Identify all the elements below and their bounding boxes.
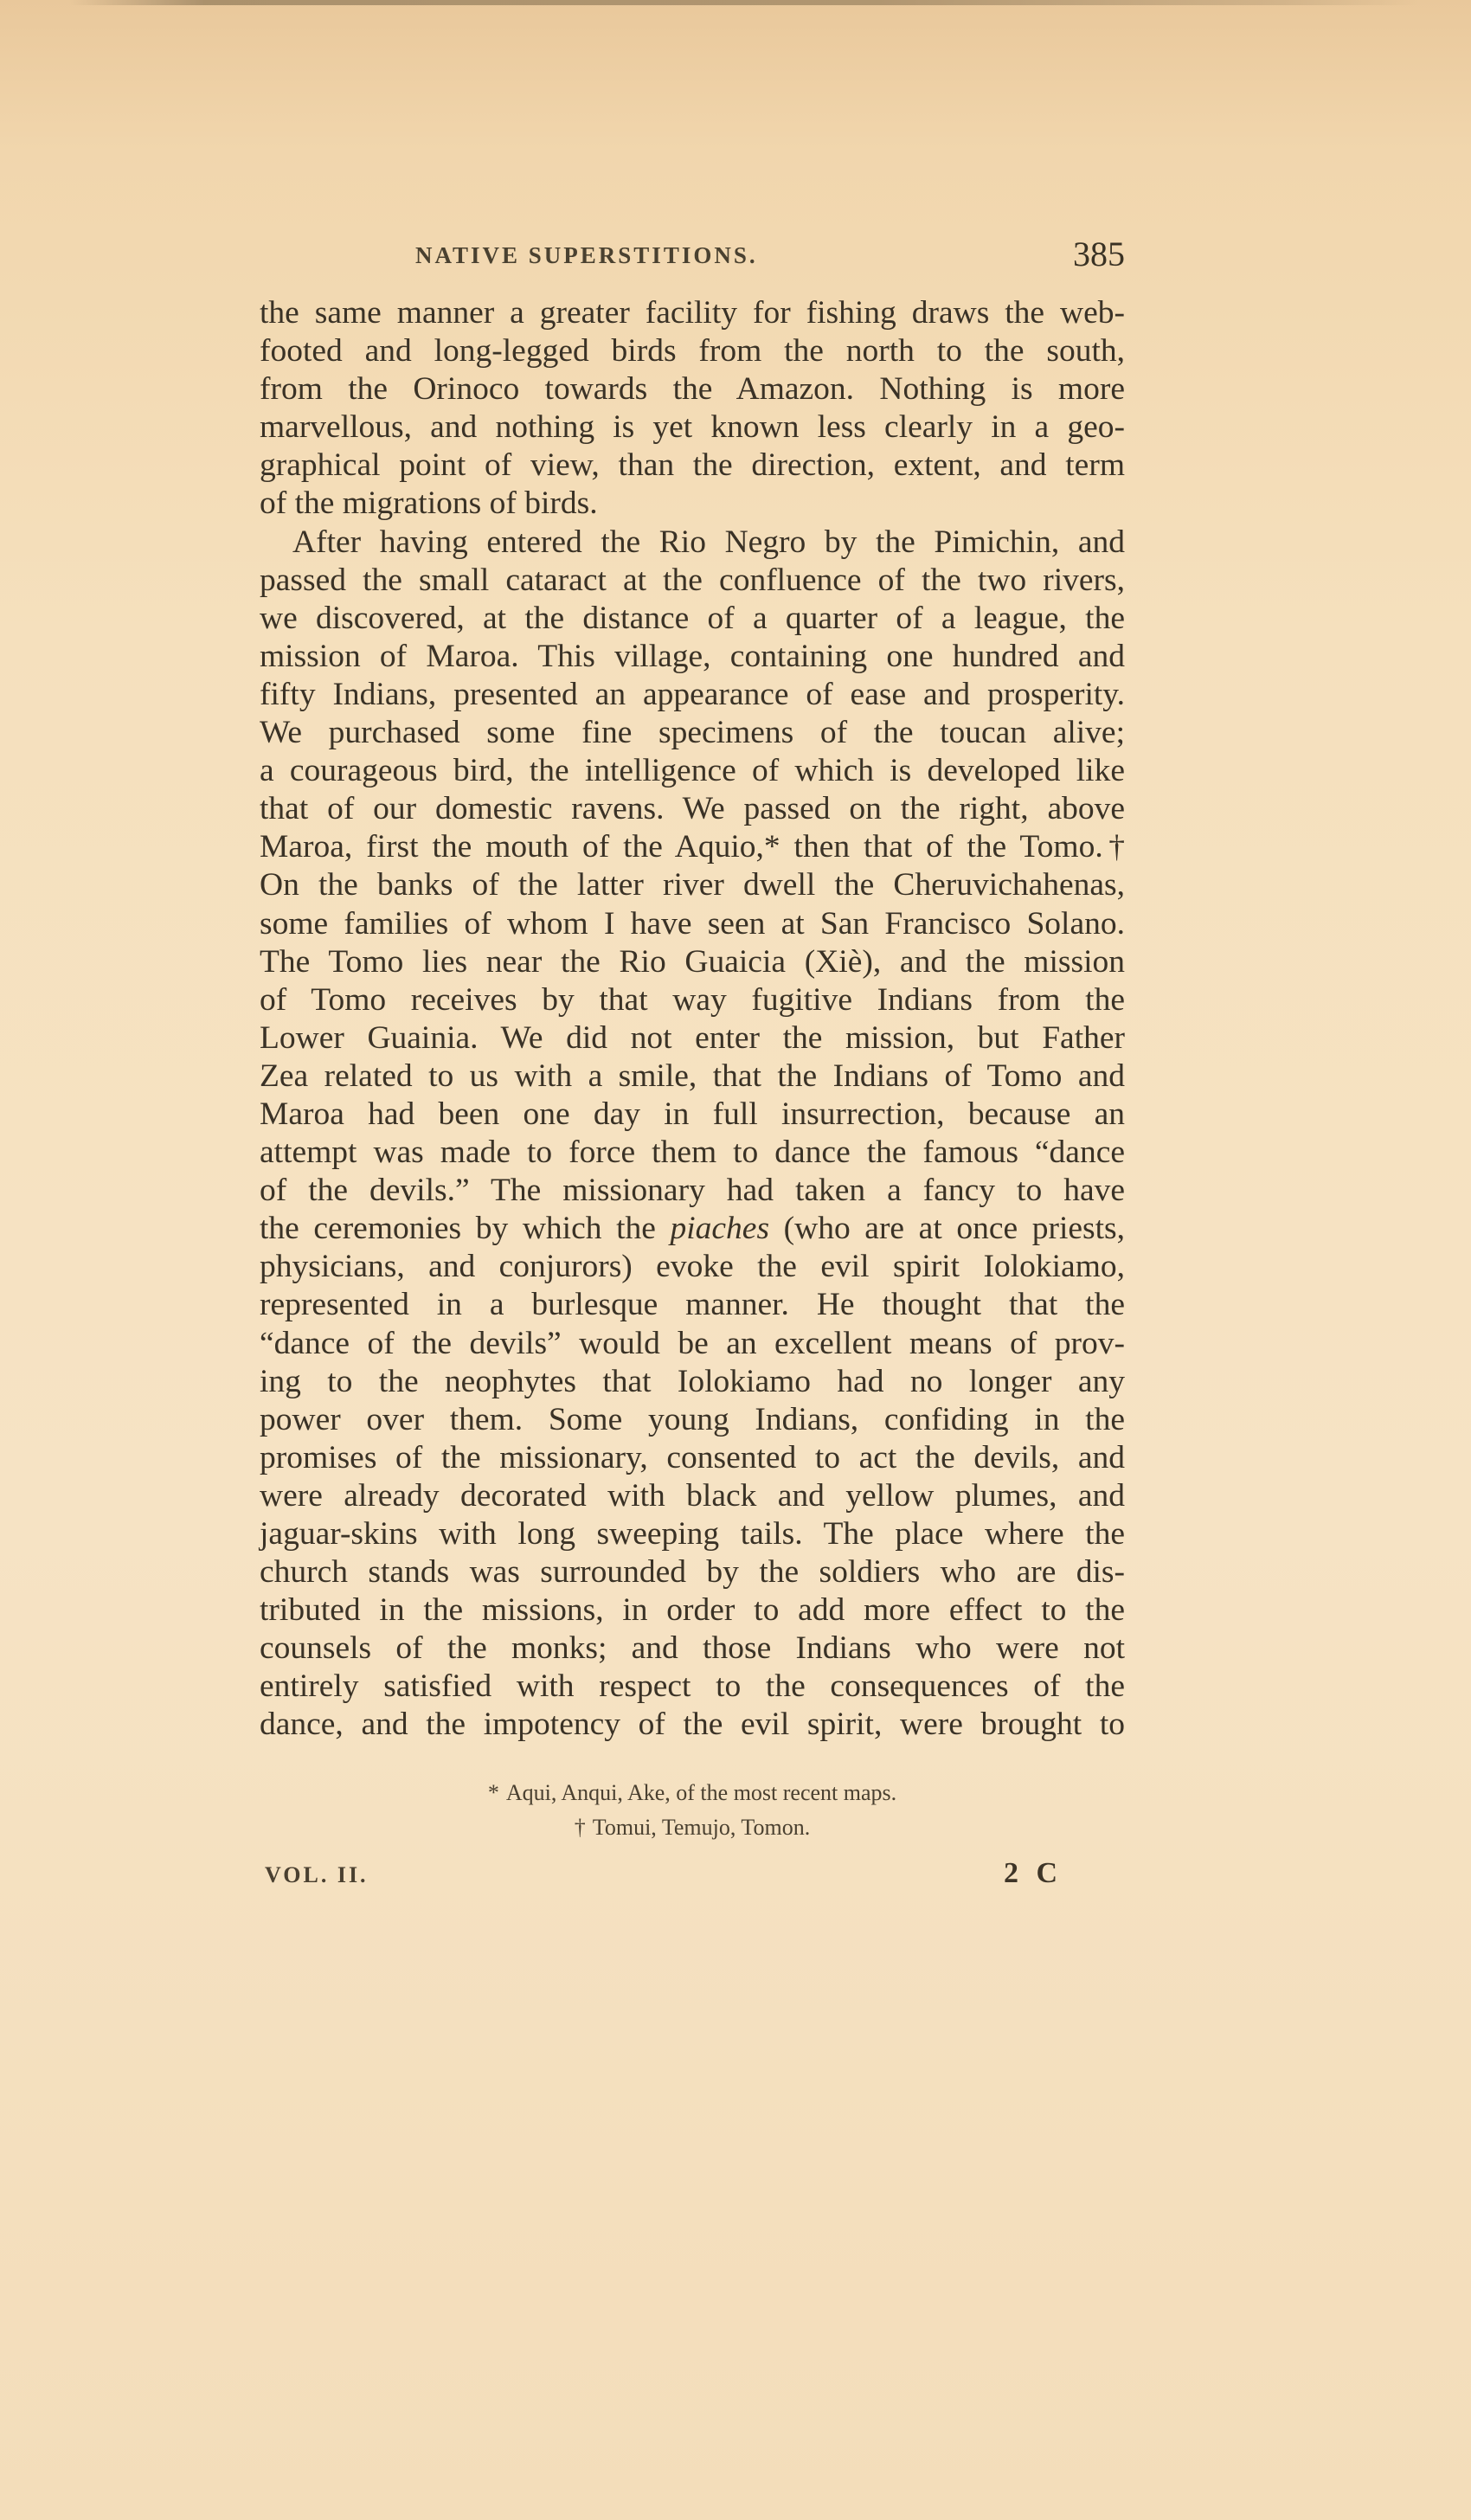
text-line: attempt was made to force them to dance … [260, 1134, 1125, 1172]
footnote-text: Aqui, Anqui, Ake, of the most recent map… [506, 1780, 896, 1805]
footnote-mark: * [488, 1780, 499, 1805]
text-line: tributed in the missions, in order to ad… [260, 1591, 1125, 1630]
text-line: jaguar-skins with long sweeping tails. T… [260, 1515, 1125, 1553]
footnote-text: Tomui, Temujo, Tomon. [593, 1815, 810, 1840]
text-line: Zea related to us with a smile, that the… [260, 1057, 1125, 1096]
footnote-dagger: †Tomui, Temujo, Tomon. [260, 1810, 1125, 1845]
text-fragment: the ceremonies by which the [260, 1211, 670, 1246]
page-top-edge-shadow [69, 0, 1419, 5]
text-line: a courageous bird, the intelligence of w… [260, 752, 1125, 790]
volume-label: VOL. II. [265, 1862, 369, 1888]
text-line: dance, and the impotency of the evil spi… [260, 1706, 1125, 1744]
text-line: footed and long-legged birds from the no… [260, 332, 1125, 370]
footnotes: *Aqui, Anqui, Ake, of the most recent ma… [260, 1776, 1125, 1845]
page-number: 385 [1073, 234, 1125, 274]
text-line: ing to the neophytes that Iolokiamo had … [260, 1363, 1125, 1401]
footnote-asterisk: *Aqui, Anqui, Ake, of the most recent ma… [260, 1776, 1125, 1810]
text-line: Maroa had been one day in full insurrect… [260, 1096, 1125, 1134]
footnote-mark: † [575, 1815, 586, 1840]
printer-signature-mark: 2 C [1004, 1857, 1063, 1890]
text-line: promises of the missionary, consented to… [260, 1439, 1125, 1477]
text-line: fifty Indians, presented an appearance o… [260, 676, 1125, 714]
text-line: church stands was surrounded by the sold… [260, 1553, 1125, 1591]
paragraph-start-line: After having entered the Rio Negro by th… [260, 524, 1125, 562]
text-line: entirely satisfied with respect to the c… [260, 1668, 1125, 1706]
text-line: that of our domestic ravens. We passed o… [260, 790, 1125, 828]
text-line: physicians, and conjurors) evoke the evi… [260, 1248, 1125, 1286]
text-line: we discovered, at the distance of a quar… [260, 600, 1125, 638]
text-line: from the Orinoco towards the Amazon. Not… [260, 370, 1125, 408]
text-line: some families of whom I have seen at San… [260, 905, 1125, 943]
text-line: We purchased some fine specimens of the … [260, 714, 1125, 752]
text-line: were already decorated with black and ye… [260, 1477, 1125, 1515]
page-footer: VOL. II. 2 C [260, 1857, 1125, 1909]
text-line: “dance of the devils” would be an excell… [260, 1325, 1125, 1363]
text-line: passed the small cataract at the conflue… [260, 562, 1125, 600]
book-page: NATIVE SUPERSTITIONS. 385 the same manne… [260, 234, 1125, 1909]
italic-term-piaches: piaches [670, 1211, 769, 1246]
text-line: power over them. Some young Indians, con… [260, 1401, 1125, 1439]
text-line: Lower Guainia. We did not enter the miss… [260, 1019, 1125, 1057]
text-line: mission of Maroa. This village, containi… [260, 638, 1125, 676]
text-line-with-italic: the ceremonies by which the piaches (who… [260, 1210, 1125, 1248]
text-line: the same manner a greater facility for f… [260, 294, 1125, 332]
text-line: The Tomo lies near the Rio Guaicia (Xiè)… [260, 943, 1125, 981]
text-line: On the banks of the latter river dwell t… [260, 866, 1125, 904]
text-line: of the devils.” The missionary had taken… [260, 1172, 1125, 1210]
text-line: marvellous, and nothing is yet known les… [260, 408, 1125, 447]
text-line: graphical point of view, than the direct… [260, 447, 1125, 485]
text-line: represented in a burlesque manner. He th… [260, 1286, 1125, 1324]
text-line: counsels of the monks; and those Indians… [260, 1630, 1125, 1668]
running-head: NATIVE SUPERSTITIONS. 385 [260, 234, 1125, 286]
text-line: Maroa, first the mouth of the Aquio,* th… [260, 828, 1125, 866]
text-line: of the migrations of birds. [260, 485, 1125, 523]
text-fragment: (who are at once priests, [769, 1211, 1125, 1246]
text-line: of Tomo receives by that way fugitive In… [260, 981, 1125, 1019]
running-title: NATIVE SUPERSTITIONS. [415, 242, 758, 269]
body-text: the same manner a greater facility for f… [260, 294, 1125, 1745]
